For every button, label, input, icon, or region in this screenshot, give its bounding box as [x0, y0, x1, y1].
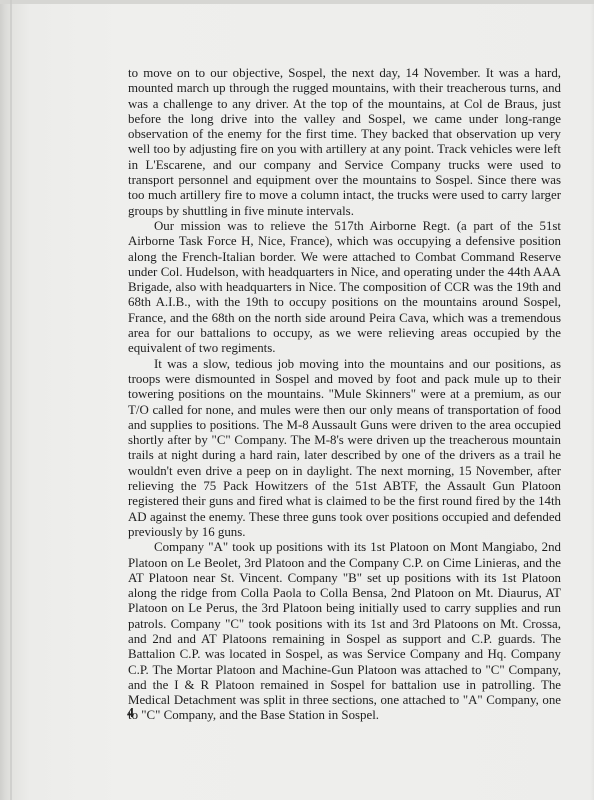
paragraph-1: to move on to our objective, Sospel, the… — [128, 66, 561, 219]
page-spine-shadow — [10, 0, 12, 800]
paragraph-2: Our mission was to relieve the 517th Air… — [128, 219, 561, 357]
body-text: to move on to our objective, Sospel, the… — [128, 66, 561, 724]
paragraph-4: Company "A" took up positions with its 1… — [128, 540, 561, 724]
scanned-page: to move on to our objective, Sospel, the… — [0, 0, 594, 800]
page-number: 4 — [127, 706, 134, 722]
paragraph-3: It was a slow, tedious job moving into t… — [128, 357, 561, 541]
page-top-edge — [0, 0, 594, 4]
